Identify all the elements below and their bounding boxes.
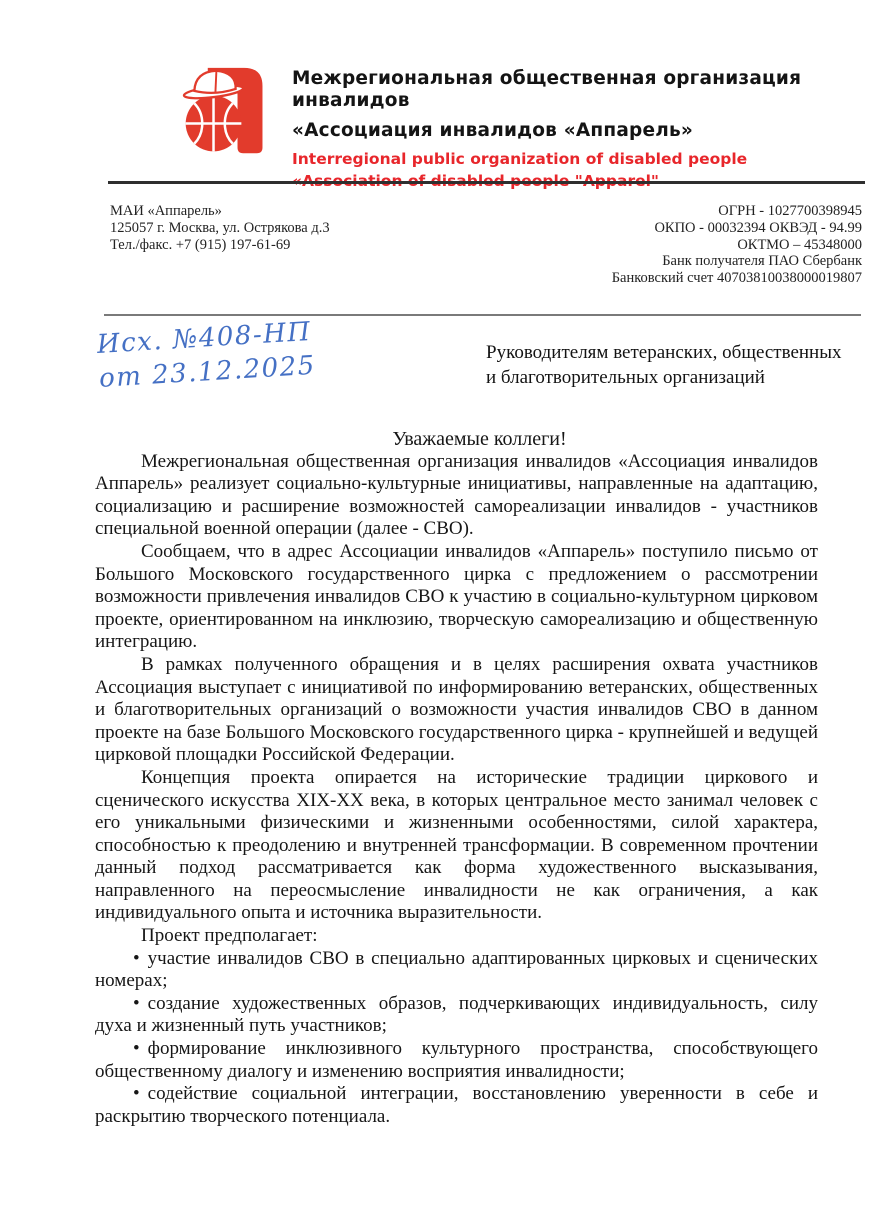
bullet-text: формирование инклюзивного культурного пр…	[95, 1038, 818, 1082]
bullet-marker: •	[133, 948, 148, 969]
org-name-ru-line2: «Ассоциация инвалидов «Аппарель»	[292, 120, 877, 142]
bullet-text: содействие социальной интеграции, восста…	[95, 1083, 818, 1127]
bullet-item-4: •содействие социальной интеграции, восст…	[95, 1083, 818, 1128]
paragraph-4: Концепция проекта опирается на историчес…	[95, 767, 818, 925]
salutation: Уважаемые коллеги!	[95, 428, 818, 451]
bank-name: Банк получателя ПАО Сбербанк	[612, 253, 862, 270]
apparel-logo-icon	[178, 62, 274, 162]
list-intro: Проект предполагает:	[95, 925, 818, 948]
requisites-left: МАИ «Аппарель» 125057 г. Москва, ул. Ост…	[110, 203, 330, 253]
paragraph-2: Сообщаем, что в адрес Ассоциации инвалид…	[95, 541, 818, 654]
bullet-item-3: •формирование инклюзивного культурного п…	[95, 1038, 818, 1083]
addressee-block: Руководителям ветеранских, общественных …	[486, 340, 842, 390]
org-name-ru-line1: Межрегиональная общественная организация…	[292, 68, 877, 112]
oktmo-number: ОКТМО – 45348000	[612, 237, 862, 254]
addressee-line2: и благотворительных организаций	[486, 365, 842, 390]
bullet-item-2: •создание художественных образов, подчер…	[95, 993, 818, 1038]
org-address: 125057 г. Москва, ул. Острякова д.3	[110, 220, 330, 237]
okpo-okved-numbers: ОКПО - 00032394 ОКВЭД - 94.99	[612, 220, 862, 237]
bullet-text: участие инвалидов СВО в специально адапт…	[95, 948, 818, 992]
handwritten-outgoing-number: Исх. №408-НП от 23.12.2025	[96, 310, 390, 396]
requisites-divider-line	[104, 314, 861, 316]
bullet-marker: •	[133, 1083, 148, 1104]
paragraph-3: В рамках полученного обращения и в целях…	[95, 654, 818, 767]
ogrn-number: ОГРН - 1027700398945	[612, 203, 862, 220]
requisites-right: ОГРН - 1027700398945 ОКПО - 00032394 ОКВ…	[612, 203, 862, 287]
org-name-en-line1: Interregional public organization of dis…	[292, 150, 877, 169]
document-page: Межрегиональная общественная организация…	[0, 0, 894, 1230]
bank-account-number: Банковский счет 40703810038000019807	[612, 270, 862, 287]
org-short-name: МАИ «Аппарель»	[110, 203, 330, 220]
bullet-marker: •	[133, 1038, 148, 1059]
bullet-item-1: •участие инвалидов СВО в специально адап…	[95, 948, 818, 993]
header-divider-line	[108, 181, 865, 184]
letterhead: Межрегиональная общественная организация…	[292, 68, 877, 194]
addressee-line1: Руководителям ветеранских, общественных	[486, 340, 842, 365]
bullet-marker: •	[133, 993, 148, 1014]
paragraph-1: Межрегиональная общественная организация…	[95, 451, 818, 541]
letter-body: Уважаемые коллеги! Межрегиональная общес…	[95, 428, 818, 1128]
bullet-text: создание художественных образов, подчерк…	[95, 993, 818, 1037]
org-phone: Тел./факс. +7 (915) 197-61-69	[110, 237, 330, 254]
